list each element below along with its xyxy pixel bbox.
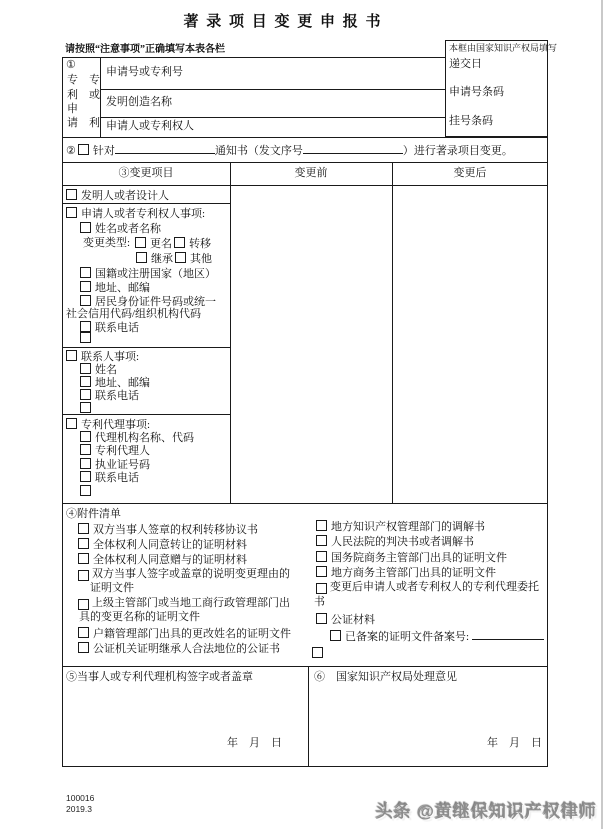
attachment-left-2-label: 全体权利人同意转让的证明材料 — [93, 539, 247, 551]
section4-title: ④附件清单 — [66, 508, 121, 521]
attachment-filed-item: 已备案的证明文件备案号: — [330, 628, 544, 644]
divider — [100, 57, 101, 137]
side-label-char: 申 — [67, 103, 78, 116]
agency-item-agent: 专利代理人 — [80, 444, 150, 458]
section2-text-after: ）进行著录项目变更。 — [403, 145, 513, 157]
after-change-cell[interactable] — [393, 186, 547, 502]
checkbox-contact-phone[interactable] — [80, 389, 91, 400]
checkbox-applicant-group[interactable] — [66, 207, 77, 218]
contact-item-phone: 联系电话 — [80, 389, 139, 403]
attachment-left-1-label: 双方当事人签章的权利转移协议书 — [93, 524, 258, 536]
item-id-number-line2: 社会信用代码/组织机构代码 — [66, 308, 201, 321]
contact-item-name: 姓名 — [80, 363, 117, 377]
watermark-text: 头条 @黄继保知识产权律师 — [376, 797, 597, 822]
change-type-row1: 更名转移 — [135, 237, 211, 251]
checkbox-phone[interactable] — [80, 321, 91, 332]
checkbox-nationality[interactable] — [80, 267, 91, 278]
checkbox-agency-license[interactable] — [80, 458, 91, 469]
attachment-right-4: 地方商务主管部门出具的证明文件 — [316, 566, 496, 580]
contact-item-name-label: 姓名 — [95, 364, 117, 376]
office-field-appno-barcode: 申请号条码 — [449, 86, 504, 99]
checkbox-applicant-extra[interactable] — [80, 332, 91, 343]
contact-item-address: 地址、邮编 — [80, 376, 150, 390]
divider — [62, 162, 548, 163]
attachment-left-7: 公证机关证明继承人合法地位的公证书 — [78, 642, 280, 656]
attachment-right-3: 国务院商务主管部门出具的证明文件 — [316, 551, 507, 565]
field-appno-input[interactable] — [230, 58, 444, 88]
before-change-cell[interactable] — [231, 186, 391, 502]
side-label-char: 请 — [67, 117, 78, 130]
office-field-submission-date: 递交日 — [449, 58, 482, 71]
checkbox-inventor[interactable] — [66, 189, 77, 200]
checkbox-agency-agent[interactable] — [80, 444, 91, 455]
checkbox-attachment-extra[interactable] — [312, 647, 323, 658]
form-version: 2019.3 — [66, 804, 92, 814]
checkbox-agency-extra[interactable] — [80, 485, 91, 496]
form-title: 著 录 项 目 变 更 申 报 书 — [0, 10, 566, 31]
item-address: 地址、邮编 — [80, 281, 150, 295]
checkbox-attachment-r2[interactable] — [316, 535, 327, 546]
agency-item-phone: 联系电话 — [80, 471, 139, 485]
change-type-inheritance-label: 继承 — [151, 253, 173, 265]
attachment-right-1: 地方知识产权管理部门的调解书 — [316, 520, 485, 534]
item-id-number: 居民身份证件号码或统一 — [80, 295, 216, 309]
checkbox-agency-group[interactable] — [66, 418, 77, 429]
section6-label: ⑥ 国家知识产权局处理意见 — [314, 671, 457, 684]
signature-area[interactable] — [63, 686, 307, 736]
attachment-left-5-line2: 具的变更名称的证明文件 — [79, 611, 200, 624]
attachment-left-1: 双方当事人签章的权利转移协议书 — [78, 523, 258, 537]
group-applicant-label: 申请人或者专利权人事项: — [81, 208, 205, 220]
checkbox-contact-extra[interactable] — [80, 402, 91, 413]
group-agency: 专利代理事项: — [66, 418, 150, 432]
attachment-right-4-label: 地方商务主管部门出具的证明文件 — [331, 567, 496, 579]
side-label-char: 专 — [67, 74, 78, 87]
change-type-label: 变更类型: — [83, 237, 130, 250]
form-code: 100016 — [66, 793, 94, 803]
checkbox-attachment-r6[interactable] — [316, 613, 327, 624]
item-name-label: 姓名或者名称 — [95, 223, 161, 235]
office-box-title: 本框由国家知识产权局填写 — [449, 43, 557, 54]
attachment-right-5-line1: 变更后申请人或者专利权人的专利代理委托 — [330, 581, 539, 594]
attachment-right-2-label: 人民法院的判决书或者调解书 — [331, 536, 474, 548]
attachment-left-3-label: 全体权利人同意赠与的证明材料 — [93, 554, 247, 566]
checkbox-transfer[interactable] — [174, 237, 185, 248]
checkbox-attachment-l3[interactable] — [78, 553, 89, 564]
attachment-left-3: 全体权利人同意赠与的证明材料 — [78, 553, 247, 567]
field-invention-title-input[interactable] — [230, 90, 444, 116]
item-nationality-label: 国籍或注册国家（地区） — [95, 268, 216, 280]
checkbox-rename[interactable] — [135, 237, 146, 248]
agency-item-agent-label: 专利代理人 — [95, 445, 150, 457]
attachment-left-6-label: 户籍管理部门出具的更改姓名的证明文件 — [93, 628, 291, 640]
agency-item-license-label: 执业证号码 — [95, 459, 150, 471]
field-applicant-label: 申请人或专利权人 — [106, 120, 194, 133]
attachment-right-3-label: 国务院商务主管部门出具的证明文件 — [331, 552, 507, 564]
field-appno-label: 申请号或专利号 — [106, 66, 183, 79]
checkbox-attachment-l4[interactable] — [78, 570, 89, 581]
checkbox-attachment-l5[interactable] — [78, 599, 89, 610]
section2-text-middle: 通知书（发文序号 — [215, 145, 303, 157]
contact-item-phone-label: 联系电话 — [95, 390, 139, 402]
row-inventor: 发明人或者设计人 — [66, 189, 169, 203]
change-type-other-label: 其他 — [190, 253, 212, 265]
group-agency-label: 专利代理事项: — [81, 419, 150, 431]
item-nationality: 国籍或注册国家（地区） — [80, 267, 216, 281]
group-applicant: 申请人或者专利权人事项: — [66, 207, 205, 221]
checkbox-name[interactable] — [80, 222, 91, 233]
attachment-filed-label: 已备案的证明文件备案号: — [345, 631, 469, 643]
divider — [62, 503, 548, 504]
change-type-row2: 继承其他 — [136, 252, 212, 266]
item-address-label: 地址、邮编 — [95, 282, 150, 294]
agency-item-org: 代理机构名称、代码 — [80, 431, 194, 445]
change-type-rename-label: 更名 — [150, 238, 172, 250]
item-phone-label: 联系电话 — [95, 322, 139, 334]
checkbox-contact-address[interactable] — [80, 376, 91, 387]
divider — [62, 347, 230, 348]
notice-name-blank-field[interactable] — [115, 142, 215, 154]
attachment-left-6: 户籍管理部门出具的更改姓名的证明文件 — [78, 627, 291, 641]
notice-serial-blank-field[interactable] — [303, 142, 403, 154]
col-header-change-item: ③变更项目 — [62, 167, 230, 180]
checkbox-attachment-r5[interactable] — [316, 583, 327, 594]
change-type-transfer-label: 转移 — [189, 238, 211, 250]
checkbox-contact-group[interactable] — [66, 350, 77, 361]
col-header-before-change: 变更前 — [230, 167, 392, 180]
attachment-right-5-line2: 书 — [314, 596, 325, 609]
side-label-char: 利 — [67, 89, 78, 102]
checkbox-address[interactable] — [80, 281, 91, 292]
attachment-left-2: 全体权利人同意转让的证明材料 — [78, 538, 247, 552]
checkbox-agency-phone[interactable] — [80, 471, 91, 482]
contact-item-address-label: 地址、邮编 — [95, 377, 150, 389]
section5-date: 年 月 日 — [227, 737, 282, 750]
filed-number-blank-field[interactable] — [472, 628, 544, 640]
attachment-right-6: 公证材料 — [316, 613, 375, 627]
checkbox-agency-org[interactable] — [80, 431, 91, 442]
item-id-number-line1: 居民身份证件号码或统一 — [95, 296, 216, 308]
attachment-left-5-line1: 上级主管部门或当地工商行政管理部门出 — [92, 597, 290, 610]
office-field-registered-barcode: 挂号条码 — [449, 115, 493, 128]
field-invention-title-label: 发明创造名称 — [106, 96, 172, 109]
checkbox-attachment-l7[interactable] — [78, 642, 89, 653]
checkbox-notice-change[interactable] — [78, 144, 89, 155]
section2-number: ② — [66, 145, 76, 157]
attachment-right-2: 人民法院的判决书或者调解书 — [316, 535, 474, 549]
scan-edge — [601, 0, 603, 829]
checkbox-other[interactable] — [175, 252, 186, 263]
checkbox-contact-name[interactable] — [80, 363, 91, 374]
section2-row: ②针对通知书（发文序号）进行著录项目变更。 — [66, 142, 513, 158]
checkbox-inheritance[interactable] — [136, 252, 147, 263]
checkbox-attachment-l2[interactable] — [78, 538, 89, 549]
group-contact-label: 联系人事项: — [81, 351, 139, 363]
checkbox-id-number[interactable] — [80, 295, 91, 306]
fill-instruction: 请按照“注意事项”正确填写本表各栏 — [65, 43, 225, 56]
office-opinion-area[interactable] — [309, 686, 547, 736]
side-label-char: 专 — [89, 74, 100, 87]
col-header-after-change: 变更后 — [392, 167, 548, 180]
form-page: 著 录 项 目 变 更 申 报 书 请按照“注意事项”正确填写本表各栏 本框由国… — [0, 0, 604, 829]
agency-item-license: 执业证号码 — [80, 458, 150, 472]
divider — [62, 203, 230, 204]
item-name: 姓名或者名称 — [80, 222, 161, 236]
section5-label: ⑤当事人或专利代理机构签字或者盖章 — [66, 671, 253, 684]
divider — [62, 137, 548, 138]
divider — [62, 414, 230, 415]
side-label-char: 或 — [89, 89, 100, 102]
section6-date: 年 月 日 — [487, 737, 542, 750]
field-applicant-input[interactable] — [230, 118, 444, 136]
agency-item-org-label: 代理机构名称、代码 — [95, 432, 194, 444]
section2-text-before: 针对 — [93, 145, 115, 157]
checkbox-attachment-r1[interactable] — [316, 520, 327, 531]
attachment-right-6-label: 公证材料 — [331, 614, 375, 626]
checkbox-attachment-r3[interactable] — [316, 551, 327, 562]
side-label-char: 利 — [89, 117, 100, 130]
attachment-left-4-line2: 证明文件 — [90, 582, 134, 595]
agency-item-phone-label: 联系电话 — [95, 472, 139, 484]
attachment-left-4-line1: 双方当事人签字或盖章的说明变更理由的 — [92, 568, 290, 581]
checkbox-attachment-r4[interactable] — [316, 566, 327, 577]
checkbox-attachment-l6[interactable] — [78, 627, 89, 638]
section1-number: ① — [66, 59, 76, 72]
divider — [62, 666, 548, 667]
checkbox-attachment-filed[interactable] — [330, 630, 341, 641]
group-contact: 联系人事项: — [66, 350, 139, 364]
attachment-right-1-label: 地方知识产权管理部门的调解书 — [331, 521, 485, 533]
checkbox-attachment-l1[interactable] — [78, 523, 89, 534]
row-inventor-label: 发明人或者设计人 — [81, 190, 169, 202]
attachment-left-7-label: 公证机关证明继承人合法地位的公证书 — [93, 643, 280, 655]
